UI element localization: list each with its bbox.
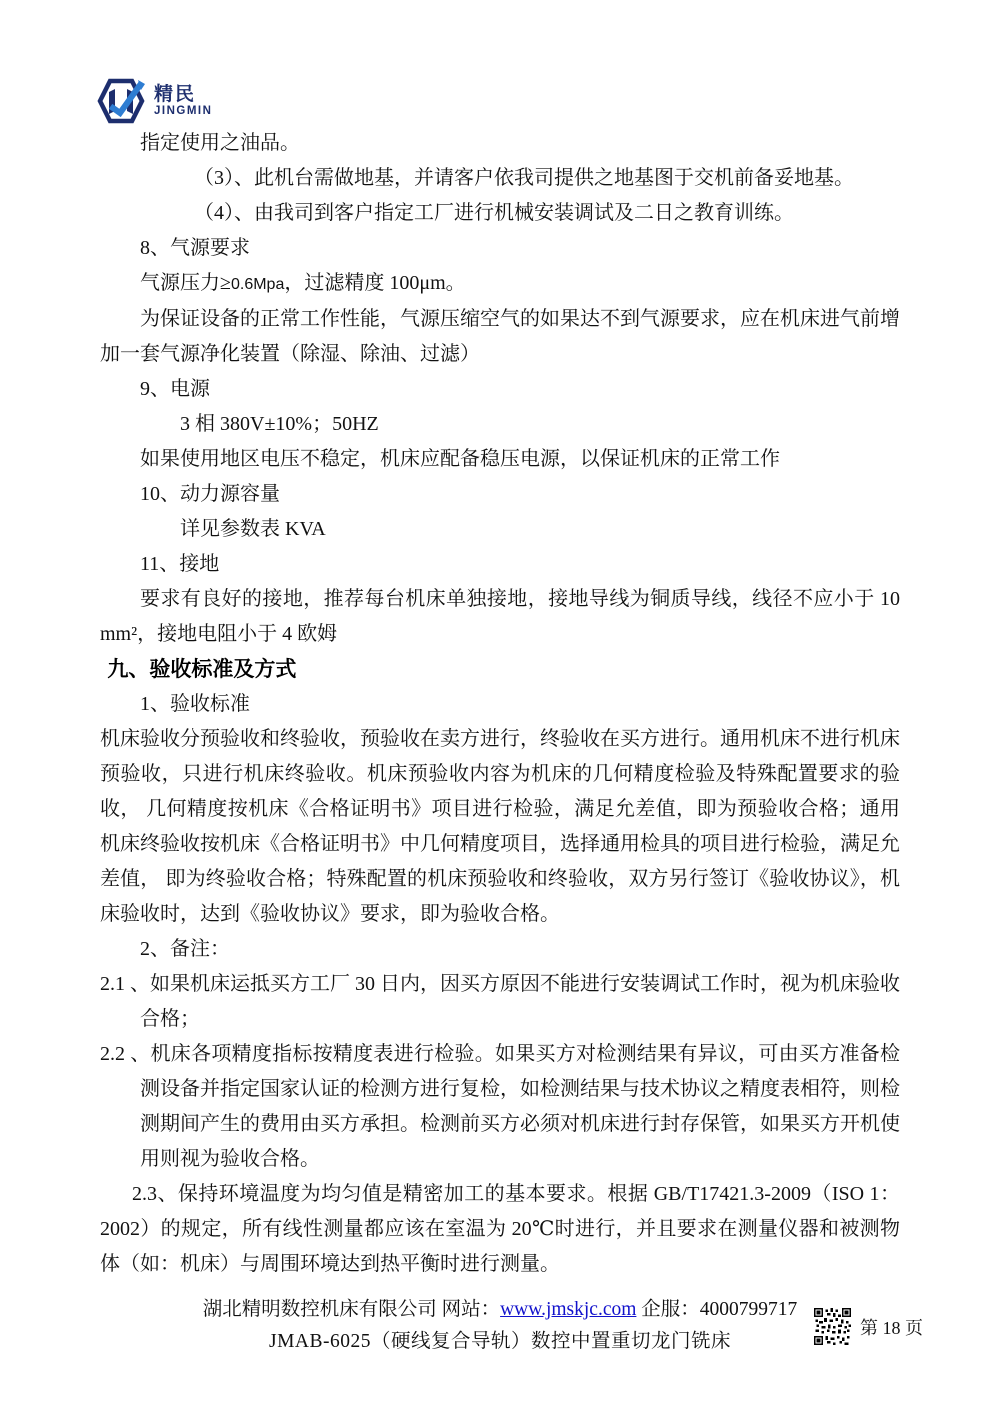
paragraph-capacity: 详见参数表 KVA bbox=[100, 512, 900, 547]
air-pressure-value: 0.6Mpa bbox=[231, 276, 284, 293]
page-number-badge: 第 18 页 bbox=[814, 1308, 923, 1345]
paragraph-acceptance: 机床验收分预验收和终验收，预验收在卖方进行，终验收在买方进行。通用机床不进行机床… bbox=[100, 722, 900, 932]
paragraph-note-2-1: 2.1 、如果机床运抵买方工厂 30 日内，因买方原因不能进行安装调试工作时，视… bbox=[100, 967, 900, 1037]
company-logo: 精民 JINGMIN bbox=[96, 0, 900, 126]
heading-acceptance-standard: 1、验收标准 bbox=[100, 687, 900, 722]
section-heading-acceptance: 九、验收标准及方式 bbox=[100, 652, 900, 687]
heading-capacity: 10、动力源容量 bbox=[100, 477, 900, 512]
heading-air-requirement: 8、气源要求 bbox=[100, 231, 900, 266]
document-content: 精民 JINGMIN 指定使用之油品。 （3）、此机台需做地基，并请客户依我司提… bbox=[0, 0, 1000, 1282]
paragraph-grounding: 要求有良好的接地，推荐每台机床单独接地，接地导线为铜质导线，线径不应小于 10 … bbox=[100, 582, 900, 652]
paragraph-air-note: 为保证设备的正常工作性能，气源压缩空气的如果达不到气源要求，应在机床进气前增加一… bbox=[100, 302, 900, 372]
page-number-label: 第 18 页 bbox=[860, 1314, 923, 1340]
paragraph-power-note: 如果使用地区电压不稳定，机床应配备稳压电源，以保证机床的正常工作 bbox=[100, 442, 900, 477]
footer-website-link[interactable]: www.jmskjc.com bbox=[500, 1299, 636, 1320]
jingmin-hexagon-logo-icon bbox=[96, 78, 146, 124]
paragraph-oil: 指定使用之油品。 bbox=[100, 126, 900, 161]
air-pressure-suffix: ，过滤精度 100μm。 bbox=[284, 272, 465, 294]
paragraph-air-pressure: 气源压力≥0.6Mpa，过滤精度 100μm。 bbox=[100, 266, 900, 302]
paragraph-note-2-2: 2.2 、机床各项精度指标按精度表进行检验。如果买方对检测结果有异议，可由买方准… bbox=[100, 1037, 900, 1177]
brand-name-chinese: 精民 bbox=[154, 85, 212, 104]
footer-website-label: 网站： bbox=[437, 1299, 500, 1320]
footer-service-label: 企服： bbox=[636, 1299, 699, 1320]
paragraph-item3: （3）、此机台需做地基，并请客户依我司提供之地基图于交机前备妥地基。 bbox=[100, 161, 900, 196]
logo-text: 精民 JINGMIN bbox=[154, 85, 212, 118]
footer-company-name: 湖北精明数控机床有限公司 bbox=[203, 1299, 437, 1320]
qr-code-icon bbox=[814, 1308, 851, 1345]
brand-name-english: JINGMIN bbox=[154, 106, 212, 118]
paragraph-power-spec: 3 相 380V±10%；50HZ bbox=[100, 407, 900, 442]
footer-service-phone: 4000799717 bbox=[700, 1299, 798, 1320]
heading-power: 9、电源 bbox=[100, 372, 900, 407]
air-pressure-prefix: 气源压力≥ bbox=[140, 272, 231, 294]
heading-grounding: 11、接地 bbox=[100, 547, 900, 582]
paragraph-note-2-3: 2.3、保持环境温度为均匀值是精密加工的基本要求。根据 GB/T17421.3-… bbox=[100, 1177, 900, 1282]
heading-notes: 2、备注： bbox=[100, 932, 900, 967]
document-page: 精民 JINGMIN 指定使用之油品。 （3）、此机台需做地基，并请客户依我司提… bbox=[0, 0, 1000, 1417]
paragraph-item4: （4）、由我司到客户指定工厂进行机械安装调试及二日之教育训练。 bbox=[100, 196, 900, 231]
